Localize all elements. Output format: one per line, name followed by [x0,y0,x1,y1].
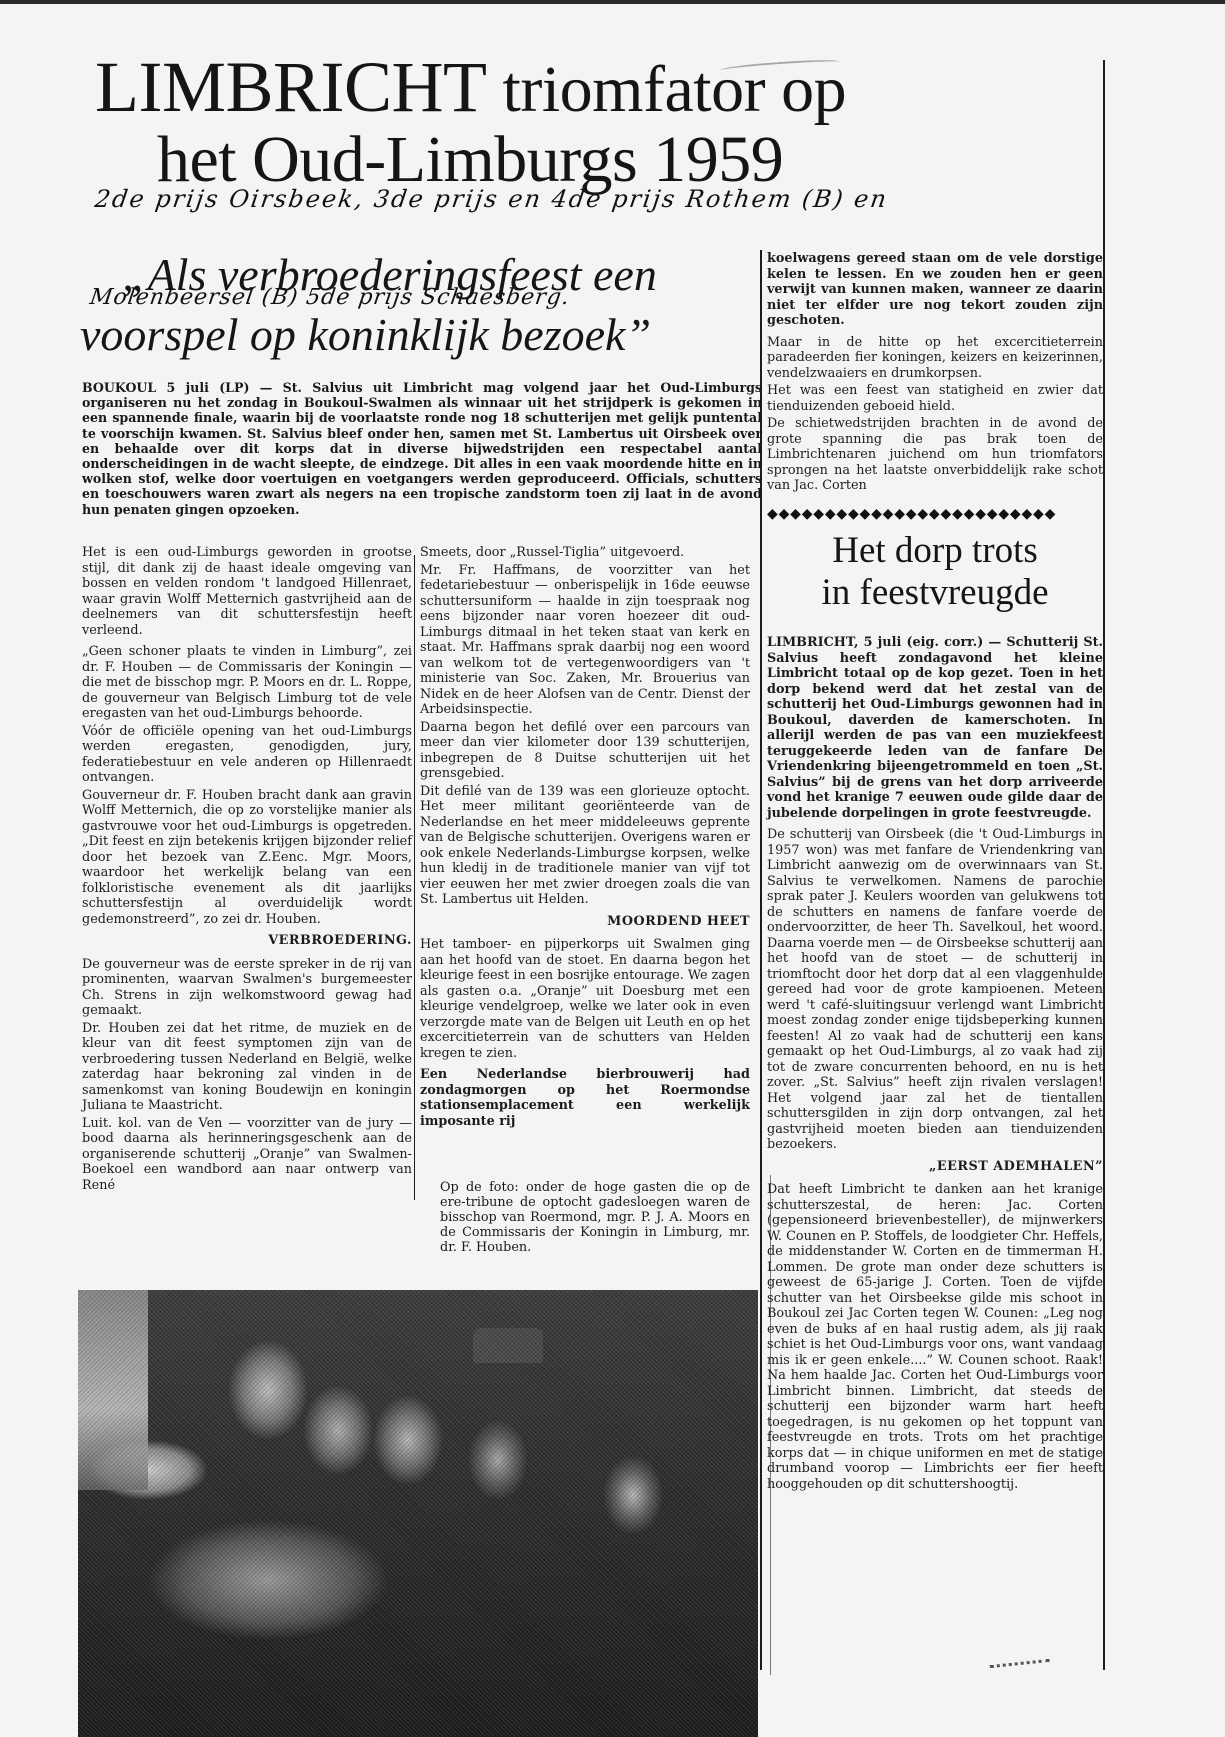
photo-flag [78,1290,148,1490]
photo-hat [473,1328,543,1363]
paragraph: Gouverneur dr. F. Houben bracht dank aan… [82,788,412,928]
paragraph: Maar in de hitte op het excercitieterrei… [767,335,1103,382]
diamond-divider: ◆◆◆◆◆◆◆◆◆◆◆◆◆◆◆◆◆◆◆◆◆◆◆◆◆ [767,506,1105,522]
paragraph: Dat heeft Limbricht te danken aan het kr… [767,1182,1103,1492]
photo-caption: Op de foto: onder de hoge gasten die op … [440,1180,750,1255]
paragraph: Het tamboer- en pijperkorps uit Swalmen … [420,937,750,1061]
right-border-rule [1103,60,1105,1670]
paragraph: Luit. kol. van de Ven — voorzitter van d… [82,1116,412,1194]
halftone-photo [78,1290,758,1737]
paragraph: Mr. Fr. Haffmans, de voorzitter van het … [420,563,750,718]
paragraph: Daarna begon het defilé over een parcour… [420,720,750,782]
second-headline-line1: Het dorp trots [767,530,1103,572]
paragraph: De schutterij van Oirsbeek (die 't Oud-L… [767,827,1103,1153]
bold-paragraph: Een Nederlandse bierbrouwerij had zondag… [420,1067,750,1129]
section-heading-verbroedering: VERBROEDERING. [82,933,412,949]
column-right-continuation: koelwagens gereed staan om de vele dorst… [767,251,1103,496]
second-article-headline: Het dorp trots in feestvreugde [767,530,1103,614]
paragraph: Smeets, door „Russel-Tiglia” uitgevoerd. [420,545,750,561]
section-heading-moordend-heet: MOORDEND HEET [420,914,750,930]
column-middle: Smeets, door „Russel-Tiglia” uitgevoerd.… [420,545,750,1131]
paragraph: De schietwedstrijden brachten in de avon… [767,416,1103,494]
column-right-second-article: LIMBRICHT, 5 juli (eig. corr.) — Schutte… [767,635,1103,1494]
subheadline-line2: voorspel op koninklijk bezoek” [80,305,740,365]
bold-paragraph: koelwagens gereed staan om de vele dorst… [767,251,1103,329]
paragraph: Vóór de officiële opening van het oud-Li… [82,724,412,786]
handwritten-note-2: Molenbeersel (B) 5de prijs Schaesberg. [88,285,571,310]
paragraph: Het is een oud-Limburgs geworden in groo… [82,545,412,638]
newspaper-clipping: LIMBRICHT triomfator op het Oud-Limburgs… [0,0,1225,1737]
paragraph: Dr. Houben zei dat het ritme, de muziek … [82,1021,412,1114]
column-rule-middle [414,555,415,1200]
article-lede: BOUKOUL 5 juli (LP) — St. Salvius uit Li… [82,380,762,517]
main-headline: LIMBRICHT triomfator op het Oud-Limburgs… [95,52,1085,195]
headline-triomfator: triomfator op [503,53,847,126]
ink-scratch [990,1659,1051,1674]
headline-limbricht: LIMBRICHT [95,47,487,127]
paragraph: Het was een feest van statigheid en zwie… [767,383,1103,414]
section-heading-eerst-ademhalen: „EERST ADEMHALEN” [767,1159,1103,1175]
second-article-lede: LIMBRICHT, 5 juli (eig. corr.) — Schutte… [767,635,1103,821]
paragraph: „Geen schoner plaats te vinden in Limbur… [82,644,412,722]
handwritten-note-1: 2de prijs Oirsbeek, 3de prijs en 4de pri… [93,185,890,213]
second-headline-line2: in feestvreugde [767,572,1103,614]
paragraph: Dit defilé van de 139 was een glorieuze … [420,784,750,908]
paragraph: De gouverneur was de eerste spreker in d… [82,957,412,1019]
column-left: Het is een oud-Limburgs geworden in groo… [82,545,412,1195]
